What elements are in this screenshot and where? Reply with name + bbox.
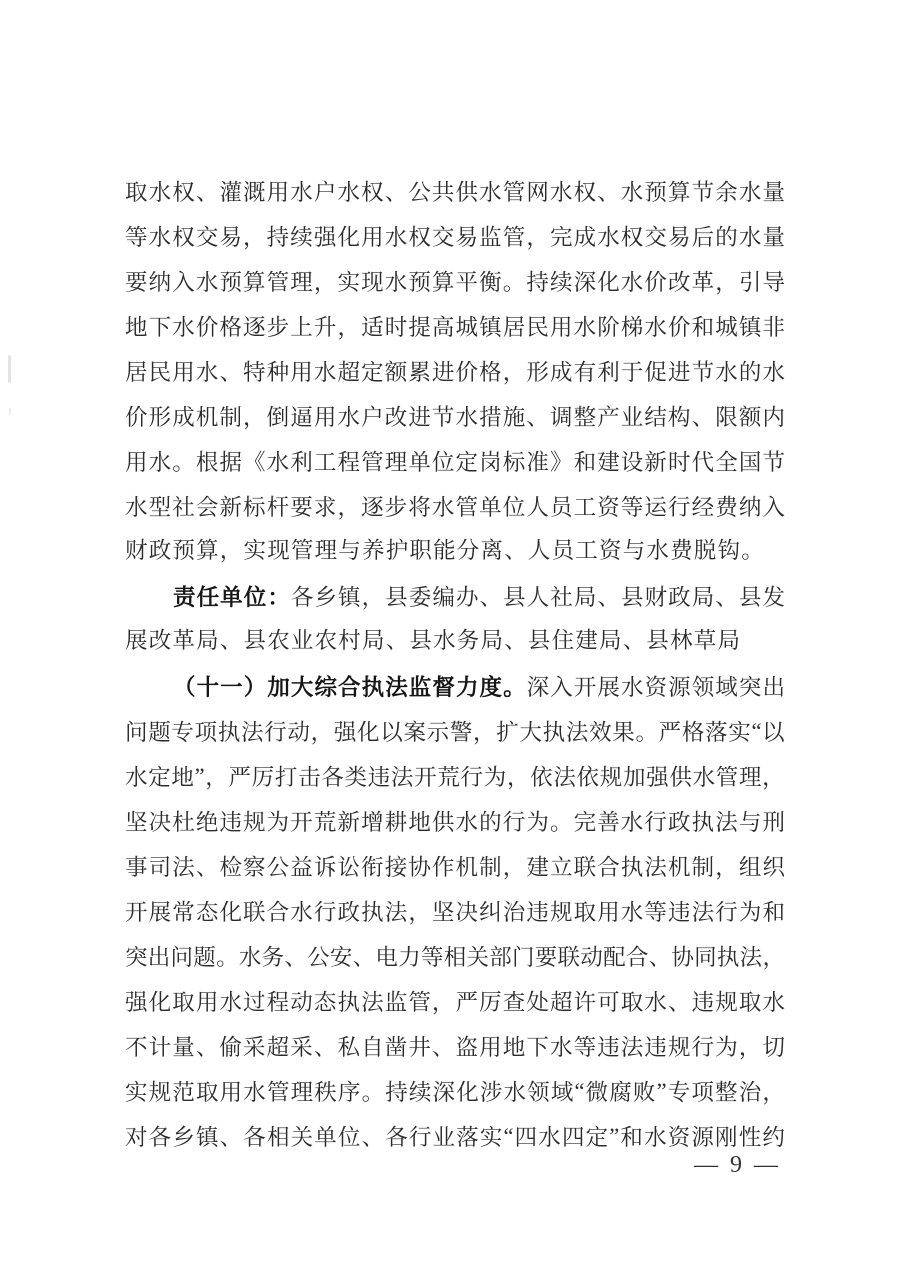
text-line-17: 开展常态化联合水行政执法，坚决纠治违规取用水等违法行为和: [125, 888, 785, 933]
page-container: 取水权、灌溉用水户水权、公共供水管网水权、水预算节余水量等水权交易，持续强化用水…: [0, 0, 905, 1280]
document-body: 取水权、灌溉用水户水权、公共供水管网水权、水预算节余水量等水权交易，持续强化用水…: [125, 168, 785, 1158]
text-line-5: 居民用水、特种用水超定额累进价格，形成有利于促进节水的水: [125, 348, 785, 393]
text-segment: 展改革局、县农业农村局、县水务局、县住建局、县林草局: [125, 628, 741, 653]
text-segment: 财政预算，实现管理与养护职能分离、人员工资与水费脱钩。: [125, 538, 765, 563]
text-line-11: 展改革局、县农业农村局、县水务局、县住建局、县林草局: [125, 618, 785, 663]
text-line-9: 财政预算，实现管理与养护职能分离、人员工资与水费脱钩。: [125, 528, 785, 573]
text-line-21: 实规范取用水管理秩序。持续深化涉水领域“微腐败”专项整治，: [125, 1068, 785, 1113]
text-line-20: 不计量、偷采超采、私自凿井、盗用地下水等违法违规行为，切: [125, 1023, 785, 1068]
text-line-7: 用水。根据《水利工程管理单位定岗标准》和建设新时代全国节: [125, 438, 785, 483]
text-line-19: 强化取用水过程动态执法监管，严厉查处超许可取水、违规取水: [125, 978, 785, 1023]
text-line-4: 地下水价格逐步上升，适时提高城镇居民用水阶梯水价和城镇非: [125, 303, 785, 348]
page-footer: — 9 —: [125, 1147, 785, 1183]
text-line-14: 水定地”，严厉打击各类违法开荒行为，依法依规加强供水管理，: [125, 753, 785, 798]
text-line-18: 突出问题。水务、公安、电力等相关部门要联动配合、协同执法，: [125, 933, 785, 978]
text-line-3: 要纳入水预算管理，实现水预算平衡。持续深化水价改革，引导: [125, 258, 785, 303]
text-line-2: 等水权交易，持续强化用水权交易监管，完成水权交易后的水量: [125, 213, 785, 258]
text-line-8: 水型社会新标杆要求，逐步将水管单位人员工资等运行经费纳入: [125, 483, 785, 528]
text-line-12: （十一）加大综合执法监督力度。深入开展水资源领域突出: [125, 663, 785, 708]
page-number: — 9 —: [694, 1152, 781, 1178]
scan-artifact: [8, 355, 11, 383]
text-line-16: 事司法、检察公益诉讼衔接协作机制，建立联合执法机制，组织: [125, 843, 785, 888]
text-line-6: 价形成机制，倒逼用水户改进节水措施、调整产业结构、限额内: [125, 393, 785, 438]
scan-artifact-small: [9, 408, 11, 415]
text-line-13: 问题专项执法行动，强化以案示警，扩大执法效果。严格落实“以: [125, 708, 785, 753]
document-page: { "page": { "background": "#ffffff", "te…: [0, 0, 905, 1280]
text-line-10: 责任单位：各乡镇，县委编办、县人社局、县财政局、县发: [125, 573, 785, 618]
text-line-1: 取水权、灌溉用水户水权、公共供水管网水权、水预算节余水量: [125, 168, 785, 213]
text-line-15: 坚决杜绝违规为开荒新增耕地供水的行为。完善水行政执法与刑: [125, 798, 785, 843]
